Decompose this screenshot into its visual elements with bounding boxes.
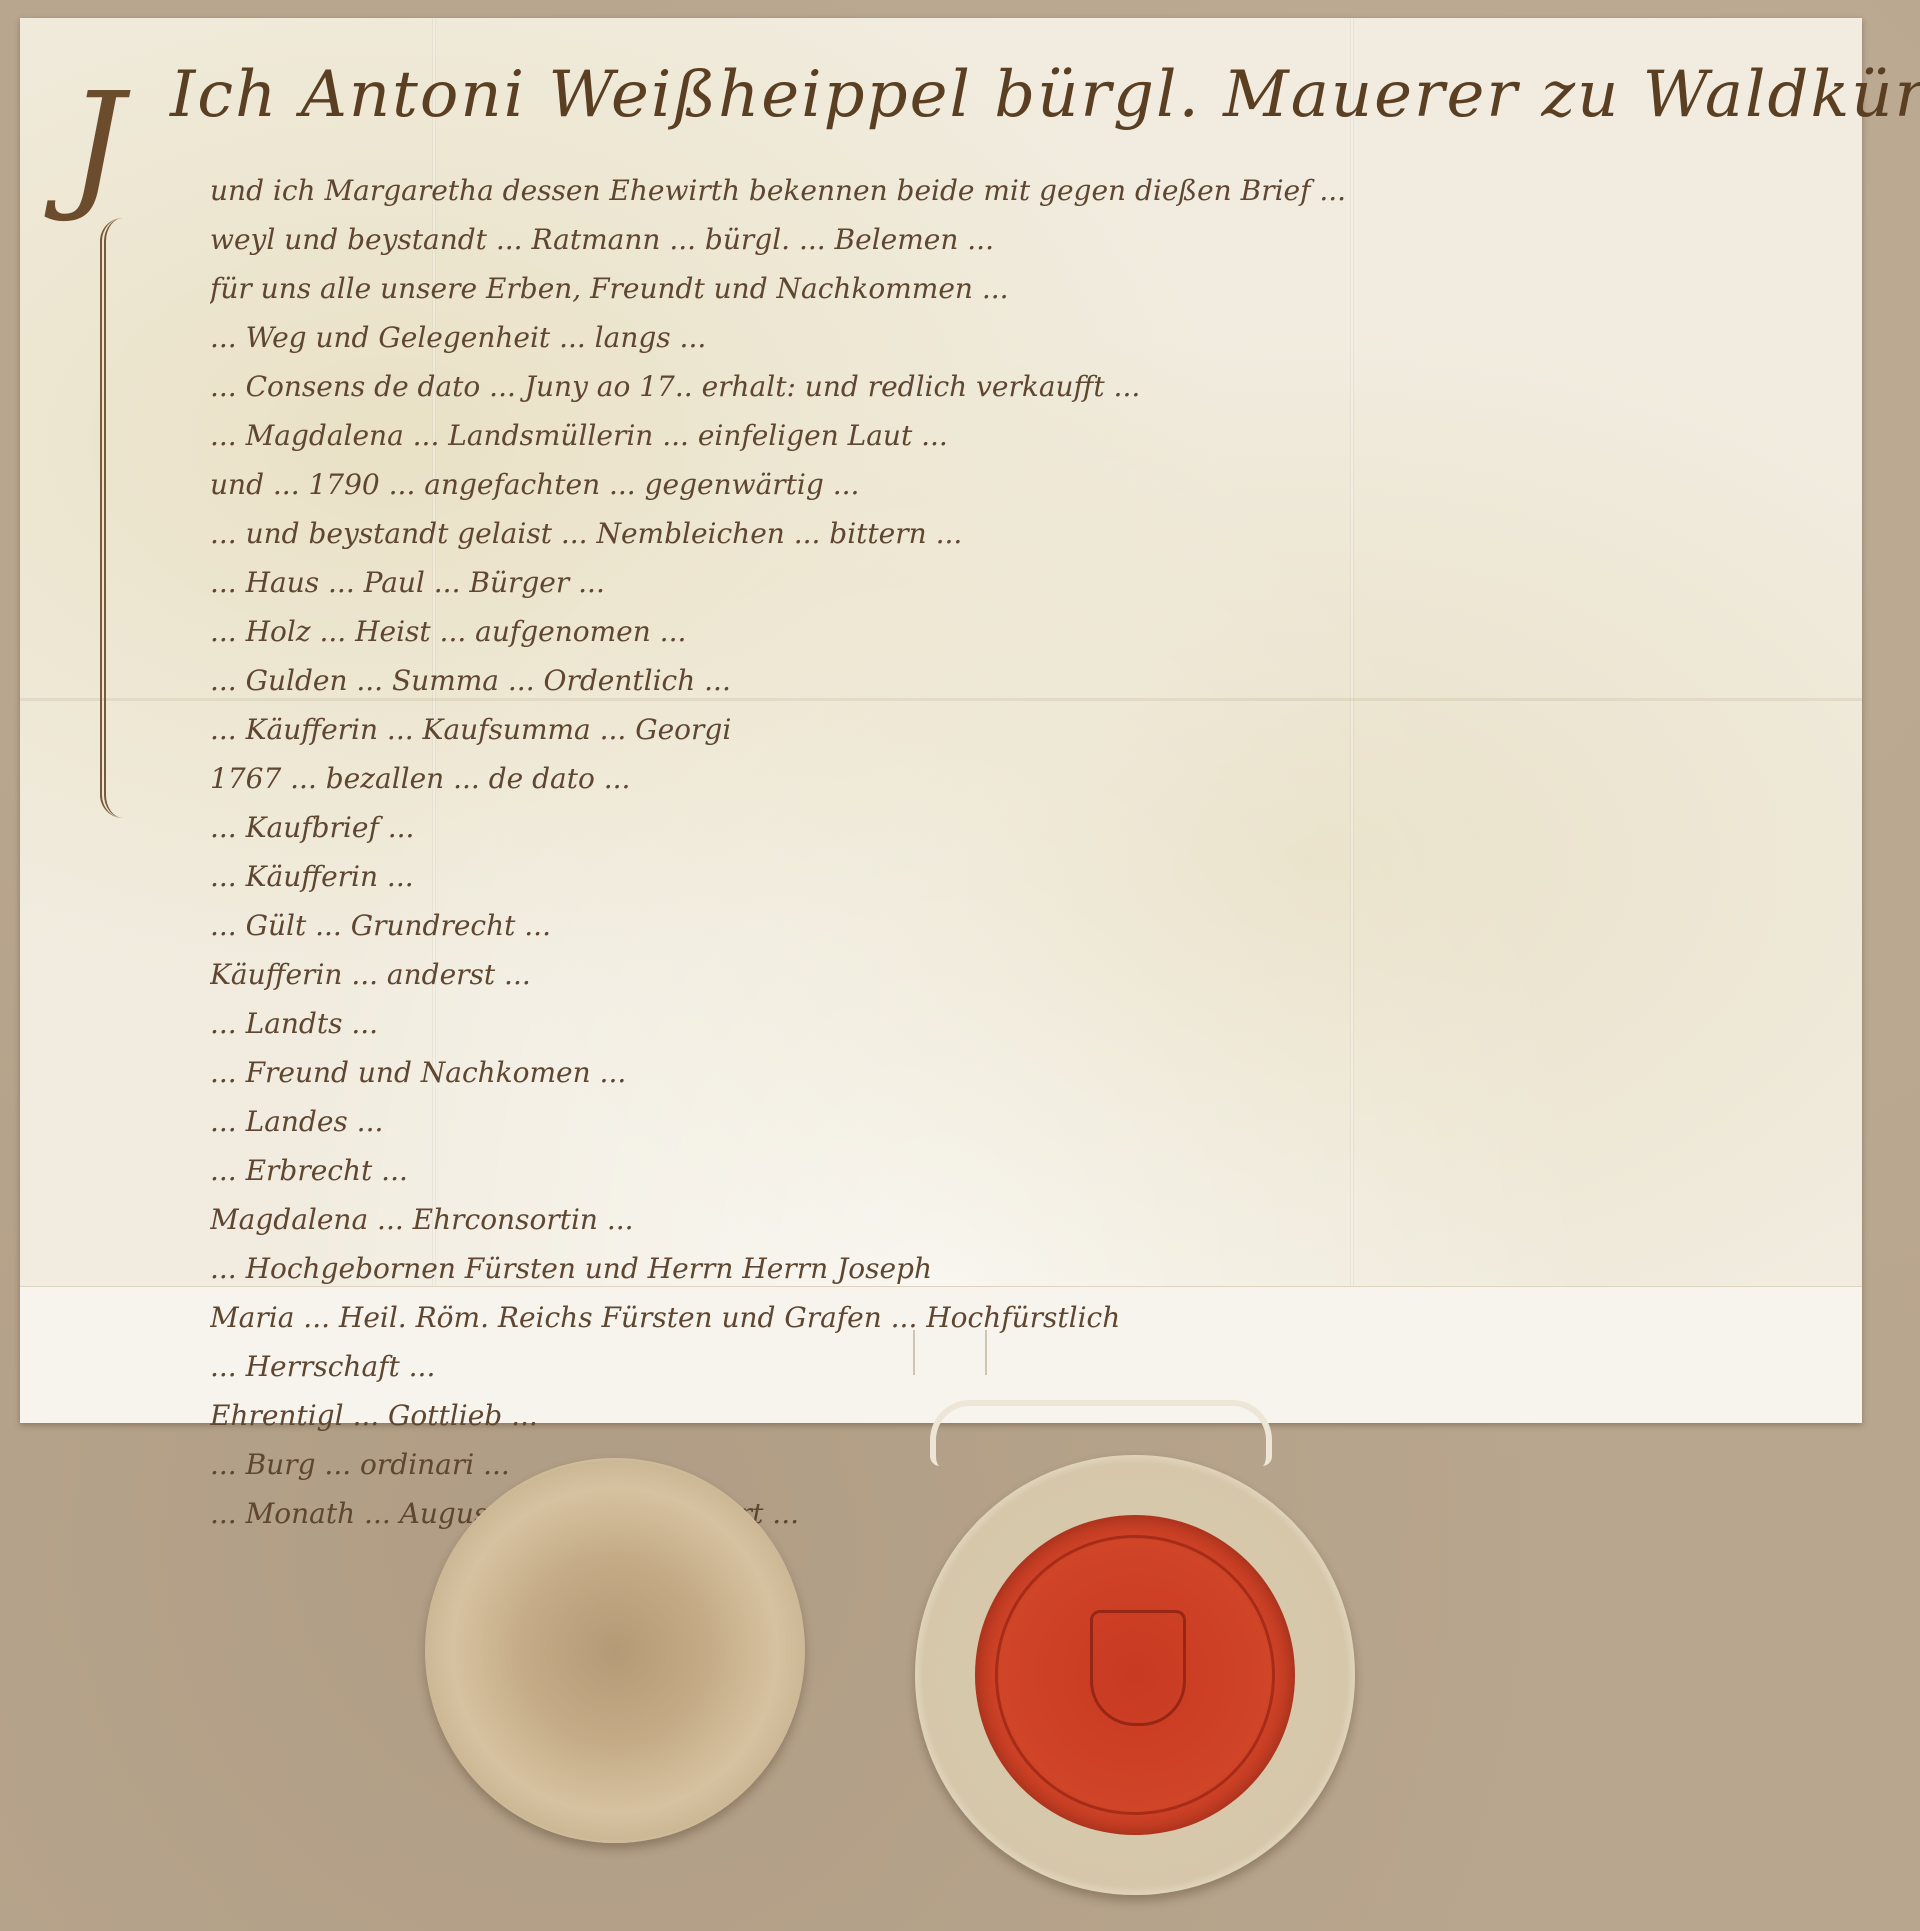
manuscript-line: ... Gulden ... Summa ... Ordentlich ... (210, 656, 1850, 705)
document-heading: Ich Antoni Weißheippel bürgl. Mauerer zu… (170, 58, 1920, 132)
manuscript-line: ... Holz ... Heist ... aufgenomen ... (210, 607, 1850, 656)
empty-seal-box-lid (425, 1458, 805, 1843)
manuscript-line: ... Consens de dato ... Juny ao 17.. erh… (210, 362, 1850, 411)
red-wax-seal (975, 1515, 1295, 1835)
manuscript-line: ... Erbrecht ... (210, 1146, 1850, 1195)
manuscript-line: ... Haus ... Paul ... Bürger ... (210, 558, 1850, 607)
manuscript-line: ... Freund und Nachkomen ... (210, 1048, 1850, 1097)
manuscript-line: weyl und beystandt ... Ratmann ... bürgl… (210, 215, 1850, 264)
manuscript-line: Maria ... Heil. Röm. Reichs Fürsten und … (210, 1293, 1850, 1342)
manuscript-body: und ich Margaretha dessen Ehewirth beken… (210, 166, 1850, 1538)
manuscript-line: ... Landes ... (210, 1097, 1850, 1146)
manuscript-line: ... Kaufbrief ... (210, 803, 1850, 852)
manuscript-line: ... Hochgebornen Fürsten und Herrn Herrn… (210, 1244, 1850, 1293)
coat-of-arms-icon (1090, 1610, 1186, 1726)
manuscript-line: ... Käufferin ... (210, 852, 1850, 901)
manuscript-line: und ich Margaretha dessen Ehewirth beken… (210, 166, 1850, 215)
manuscript-line: ... Magdalena ... Landsmüllerin ... einf… (210, 411, 1850, 460)
manuscript-line: ... Herrschaft ... (210, 1342, 1850, 1391)
manuscript-line: ... Weg und Gelegenheit ... langs ... (210, 313, 1850, 362)
manuscript-line: Magdalena ... Ehrconsortin ... (210, 1195, 1850, 1244)
manuscript-line: ... Gült ... Grundrecht ... (210, 901, 1850, 950)
manuscript-line: ... Landts ... (210, 999, 1850, 1048)
seal-ribbon (930, 1400, 1272, 1466)
manuscript-line: für uns alle unsere Erben, Freundt und N… (210, 264, 1850, 313)
manuscript-line: ... und beystandt gelaist ... Nembleiche… (210, 509, 1850, 558)
manuscript-line: ... Käufferin ... Kaufsumma ... Georgi (210, 705, 1850, 754)
manuscript-line: 1767 ... bezallen ... de dato ... (210, 754, 1850, 803)
parchment-document: J Ich Antoni Weißheippel bürgl. Mauerer … (20, 18, 1862, 1423)
initial-flourish (100, 218, 146, 818)
manuscript-line: und ... 1790 ... angefachten ... gegenwä… (210, 460, 1850, 509)
manuscript-line: Käufferin ... anderst ... (210, 950, 1850, 999)
seal-box (915, 1455, 1355, 1895)
